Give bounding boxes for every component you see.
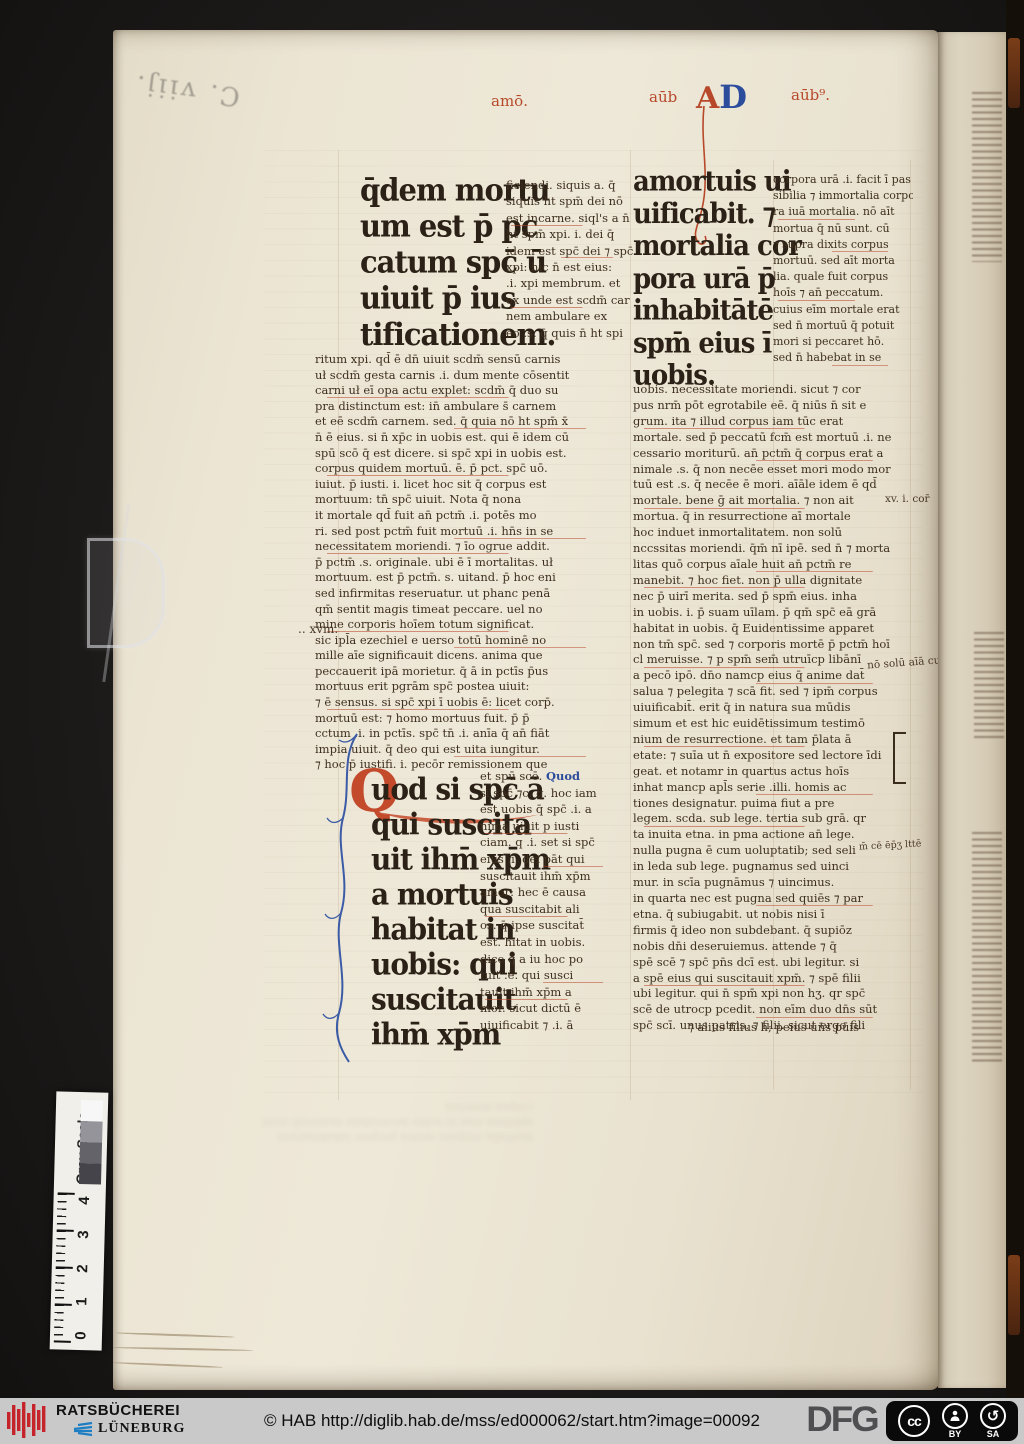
gloss-line: mortuū est: ⁊ homo mortuus fuit. p̄ p̄ <box>315 711 645 727</box>
gloss-line: nec p̄ uirī merita. sed p̄ spm̄ eius. in… <box>633 589 925 605</box>
gloss-line: mine corporis hoīem totum significat. <box>315 617 645 633</box>
gloss-line: nobis dn̄i deseruiemus. attende ⁊ q̄ <box>633 939 925 955</box>
gloss-catchline: ⁊ alius filius h; peius un̄s pūis <box>688 1020 928 1034</box>
gloss-line: est incarne. siql's a n̄ <box>506 210 636 226</box>
gloss-right-inner: corpora urā .i. facit ī passibilia ⁊ imm… <box>773 172 913 366</box>
gloss-line: corpora urā .i. facit ī pas <box>773 172 913 188</box>
gray-patch-mid <box>80 1142 103 1164</box>
ratsbuecherei-logo: RATSBÜCHEREI LÜNEBURG <box>6 1400 185 1440</box>
gloss-line: sibilia ⁊ immortalia corpo <box>773 188 913 204</box>
gloss-line: mille aīe significauit dicens. anima que <box>315 648 645 664</box>
gloss-line: in uobis. i. p̄ suam uīlam. p̄ qm̄ spc̄ … <box>633 605 925 621</box>
gloss-line: inhat mancp apl̄s serie .illi. homis ac <box>633 780 925 796</box>
gloss-right-main: uobis. necessitate moriendi. sicut ⁊ cor… <box>633 382 925 1034</box>
page-stack-edge <box>113 1347 253 1352</box>
cc-by: BY <box>942 1403 968 1439</box>
gloss-line: est uobis q̄ spc̄ .i. a <box>480 801 630 818</box>
gloss-line: tuū est .s. q̄ necēe ē mori. aīāle idem … <box>633 477 925 493</box>
ruler-number: 2 <box>74 1261 91 1275</box>
gloss-line: suscitauit ihm̄ xp̄m <box>480 868 630 885</box>
blue-penwork-flourish <box>321 728 367 1068</box>
gray-patch-light <box>80 1121 103 1143</box>
gloss-line: sic ipl̄a ezechiel e uerso totū hominē n… <box>315 633 645 649</box>
gloss-line: xpi: hic n̄ est eius: <box>506 259 636 275</box>
gloss-line: qm̄ sentit magis timeat peccare. uel no <box>315 602 645 618</box>
gloss-line: eius .i. dei pāt qui <box>480 851 630 868</box>
running-title-mid: aūb <box>649 88 677 106</box>
gloss-line: nima uiuit p iusti <box>480 818 630 835</box>
next-page-text-showthrough <box>974 632 1004 742</box>
gloss-line: mortua q̄ nū sunt. cū <box>773 221 913 237</box>
gloss-line: dico q̄ a iu hoc po <box>480 951 630 968</box>
library-name-line1: RATSBÜCHEREI <box>56 1403 185 1418</box>
binding-leather-streak <box>1008 1255 1020 1335</box>
gloss-line: p̄ pctm̄ .s. originale. ubi ē ī mortalit… <box>315 555 645 571</box>
gloss-line: mortale. sed p̄ peccatū fcm̄ est mortuū … <box>633 430 925 446</box>
gloss-line: ficiendi. siquis a. q̄ <box>506 177 636 193</box>
cc-logo: cc <box>898 1405 930 1437</box>
gloss-line: sed n̄ mortuū q̄ potuit <box>773 318 913 334</box>
footer-bar: © HAB http://diglib.hab.de/mss/ed000062/… <box>0 1398 1024 1444</box>
gloss-line: mortua. q̄ in resurrectione aī mortale <box>633 509 925 525</box>
gloss-line: tauit ihm̄ xp̄m a <box>480 984 630 1001</box>
gloss-line: grum. ita ⁊ illud corpus iam tūc erat <box>633 414 925 430</box>
gloss-left-inner: ficiendi. siquis a. q̄siquis ht spm̄ dei… <box>506 177 636 341</box>
gloss-line: siquis ht spm̄ dei nō <box>506 193 636 209</box>
cc-sa-arrow-icon: ↺ <box>980 1403 1006 1429</box>
running-title-left: amō. <box>491 92 528 110</box>
manuscript-page: C. viij. amō. aūb AD aūb⁹. q̄dem mortuum… <box>113 30 940 1390</box>
gloss-line: sed infirmitas reseruatur. ut phanc penā <box>315 586 645 602</box>
gloss-line: it mortale qd̄ fuit an̄ pctm̄ .i. potēs … <box>315 508 645 524</box>
gloss-line: spē scē ⁊ spc̄ pn̄s dcī est. ubi legitur… <box>633 955 925 971</box>
gloss-line: pus nrm̄ pōt egrotabile eē. q̄ niūs n̄ s… <box>633 398 925 414</box>
gloss-line: mur. in scīa pugnāmus ⁊ uincimus. <box>633 875 925 891</box>
gloss-line: firmis q̄ ideo non subdebant. q̄ supiōz <box>633 923 925 939</box>
margin-note-left: .. xvm. <box>298 622 338 636</box>
binding-board <box>1006 0 1024 1444</box>
gloss-line: mortuū. sed aīt morta <box>773 253 913 269</box>
next-page-text-showthrough <box>972 832 1002 1062</box>
gloss-line: in quarta nec est pugna sed quiēs ⁊ par <box>633 891 925 907</box>
gloss-line: ⁊ supra dixits corpus <box>773 237 913 253</box>
gloss-line: mortuus erit pgrām spc̄ postea uiuit: <box>315 679 645 695</box>
gloss-line: ex unde est scdm̄ car <box>506 292 636 308</box>
running-title-right: aūb⁹. <box>791 86 830 104</box>
header-monogram: AD <box>696 78 747 116</box>
gloss-line: uiuificabit̄. erit q̄ in natura sua mūdi… <box>633 700 925 716</box>
cc-license-badge: cc BY ↺ SA <box>886 1401 1018 1441</box>
gloss-line: hoīs ⁊ an̄ peccatum. <box>773 285 913 301</box>
gloss-line: mortale. bene ḡ ait mortalia. ⁊ non ait <box>633 493 925 509</box>
next-page-text-showthrough <box>972 92 1002 262</box>
gloss-line: uobis. necessitate moriendi. sicut ⁊ cor <box>633 382 925 398</box>
gloss-line: mortuum. est p̄ pctm̄. s. uitand. p̄ hoc… <box>315 570 645 586</box>
gloss-line: simum et est hic euidētissimum testimō <box>633 716 925 732</box>
gloss-line: peccauerit ipā morietur. q̄ ā in pctīs p… <box>315 664 645 680</box>
ruler: 43210 <box>54 1193 102 1342</box>
gloss-line: carni uł eī opa actu explet: scdm̄ q̄ du… <box>315 383 645 399</box>
gloss-line: a spē eius qui suscitauit xpm̄. ⁊ spē fi… <box>633 971 925 987</box>
gray-patch-white <box>81 1100 104 1122</box>
gloss-line: pra distinctum est: in̄ ambulare s̄ carn… <box>315 399 645 415</box>
gloss-line: in leda sub lege. pugnamus sed uinci <box>633 859 925 875</box>
ruler-big-ticks <box>54 1192 75 1342</box>
library-name: RATSBÜCHEREI LÜNEBURG <box>56 1403 185 1438</box>
gloss-line: amor: hec ē causa <box>480 884 630 901</box>
gloss-line: spū scō q̄ est dicere. si spc̄ xpi in uo… <box>315 446 645 462</box>
margin-note-right-1: xv. i. cor̄ <box>885 493 930 505</box>
gloss-line: manebit. ⁊ hoc fiet. non p̄ ulla dignita… <box>633 573 925 589</box>
gloss-line: ciam. q .i. set si spc̄ <box>480 834 630 851</box>
gloss-line: lia. quale fuit corpus <box>773 269 913 285</box>
page-holder-clip <box>87 538 165 648</box>
gloss-line: salua ⁊ pelegita ⁊ scā fit. sed ⁊ ipm̄ c… <box>633 684 925 700</box>
library-name-line2: LÜNEBURG <box>98 1422 185 1436</box>
gloss-lead-line: et spū scō. Quod <box>480 768 630 785</box>
bleedthrough-text: mortalia corpora uestra propter inhabita… <box>233 1100 533 1145</box>
gloss-line: .i. xpi membrum. et <box>506 275 636 291</box>
gloss-line: geat. et notamr in quartus actus hoīs <box>633 764 925 780</box>
gloss-line: et eē scdm̄ carnem. sed. q̄ quia nō ht s… <box>315 414 645 430</box>
ruler-number: 1 <box>73 1295 90 1309</box>
cc-icon: cc <box>898 1405 930 1437</box>
gloss-line: etna. q̄ subiugabit. ut nobis nisi ī <box>633 907 925 923</box>
gloss-line: uiuificabit ⁊ .i. ā <box>480 1017 630 1034</box>
gloss-line: os. q̄ ipse suscitat̄ <box>480 917 630 934</box>
gloss-line: si spc̄ ⁊c. q. hoc iam <box>480 785 630 802</box>
gloss-line: mori si peccaret hō. <box>773 334 913 350</box>
grayscale-patches <box>79 1100 103 1185</box>
dfg-logo: DFG <box>806 1400 877 1440</box>
gloss-line: uł scdm̄ gesta carnis .i. dum mente cōse… <box>315 368 645 384</box>
gloss-line: ri. sed post pctm̄ fuit mortuū .i. hn̄s … <box>315 524 645 540</box>
cc-by-label: BY <box>949 1430 962 1439</box>
gloss-line: cuius eīm mortale erat <box>773 302 913 318</box>
gloss-line: mortuum: tn̄ spc̄ uiuit. Nota q̄ nona <box>315 492 645 508</box>
gloss-line: sed n̄ habebat in se <box>773 350 913 366</box>
gloss-line: ra iuā mortalia. nō aīt <box>773 204 913 220</box>
blue-book-icon <box>70 1420 94 1438</box>
gloss-line: idem est spc̄ dei ⁊ spc̄ <box>506 243 636 259</box>
cc-by-person-icon <box>942 1403 968 1429</box>
gloss-line: ht spm̄ xpi. i. dei q̄ <box>506 226 636 242</box>
gloss-line: iuiut. p̄ iusti. i. licet hoc sit q̄ cor… <box>315 477 645 493</box>
gloss-line: n̄ ē eius. si n̄ xp̄c in uobis est. qui … <box>315 430 645 446</box>
gloss-lead-blue-quod: Quod <box>546 769 580 783</box>
gloss-line: ubi legitur. qui n̄ spm̄ xpi non hʒ. qr … <box>633 986 925 1002</box>
gloss-lead-dark: et spū scō. <box>480 769 542 783</box>
gloss-line: mor. sicut dictū ē <box>480 1000 630 1017</box>
gloss-line: corpus quidem mortuū. ē. p̄ pct. spc̄ uō… <box>315 461 645 477</box>
gloss-line: scē de utrocp pcedit. non eīm duo dn̄s s… <box>633 1002 925 1018</box>
ruler-number: 3 <box>75 1227 92 1241</box>
gloss-line: eo .s. q̄ quis n̄ ht spi <box>506 325 636 341</box>
gloss-line: nem ambulare ex <box>506 308 636 324</box>
gloss-line: tuit .ē. qui susci <box>480 967 630 984</box>
gloss-line: hoc induet inmortalitatem. non solū <box>633 525 925 541</box>
pencil-foliation: C. viij. <box>132 69 242 112</box>
cc-sa: ↺ SA <box>980 1403 1006 1439</box>
gloss-line: qua suscitabit ali <box>480 901 630 918</box>
ruler-number: 0 <box>72 1328 89 1342</box>
gloss-lines: si spc̄ ⁊c. q. hoc iamest uobis q̄ spc̄ … <box>480 785 630 1034</box>
ruler-number: 4 <box>76 1193 93 1207</box>
next-page-edge <box>938 32 1008 1388</box>
gloss-line: nccssitas moriendi. q̄m̄ nī ipē. sed n̄ … <box>633 541 925 557</box>
page-stack-edge <box>115 1332 235 1338</box>
gloss-line: habitat in uobis. q̄ Euidentissime appar… <box>633 621 925 637</box>
gloss-line: legem. scda. sub lege. tertia sub grā. q… <box>633 811 925 827</box>
gloss-line: nimale .s. q̄ non necēe esset mori modo … <box>633 462 925 478</box>
red-bars-icon <box>6 1400 50 1440</box>
binding-leather-streak <box>1008 38 1020 108</box>
gray-patch-dark <box>79 1163 102 1185</box>
margin-bracket-mark <box>893 732 906 784</box>
gloss-bottom-middle: et spū scō. Quod si spc̄ ⁊c. q. hoc iame… <box>480 768 630 1034</box>
ruler-numbers: 43210 <box>74 1192 92 1344</box>
gloss-line: non tm̄ spc̄. sed ⁊ corporis mortē p̄ pc… <box>633 637 925 653</box>
gloss-line: ritum xpi. qd̄ ē dn̄ uiuit scdm̄ sensū c… <box>315 352 645 368</box>
grayscale-target: Gray Scale 43210 <box>50 1091 109 1350</box>
gloss-line: tiones designatur. puima fiut a pre <box>633 796 925 812</box>
sa-arrow-glyph: ↺ <box>987 1409 1000 1424</box>
page-stack-edge <box>113 1362 223 1369</box>
gloss-line: etate: ⁊ suīa ut n̄ expositore sed lecto… <box>633 748 925 764</box>
gloss-line: litas quō corpus aīale huit an̄ pctm̄ re <box>633 557 925 573</box>
gloss-line: est. hītat in uobis. <box>480 934 630 951</box>
gloss-line: cessario moriturū. an̄ pctm̄ q̄ corpus e… <box>633 446 925 462</box>
gloss-line: a pecō ipō. dn̄o namcp eius q̄ anime dat… <box>633 668 925 684</box>
gloss-line: nium de resurrectione. et tam p̄lata ā <box>633 732 925 748</box>
gloss-line: necessitatem moriendi. ⁊ īo ogrue addit. <box>315 539 645 555</box>
cc-sa-label: SA <box>987 1430 1000 1439</box>
gloss-line: ⁊ ē sensus. si spc̄ xpi ī uobis ē: licet… <box>315 695 645 711</box>
gloss-left-main: ritum xpi. qd̄ ē dn̄ uiuit scdm̄ sensū c… <box>315 352 645 773</box>
